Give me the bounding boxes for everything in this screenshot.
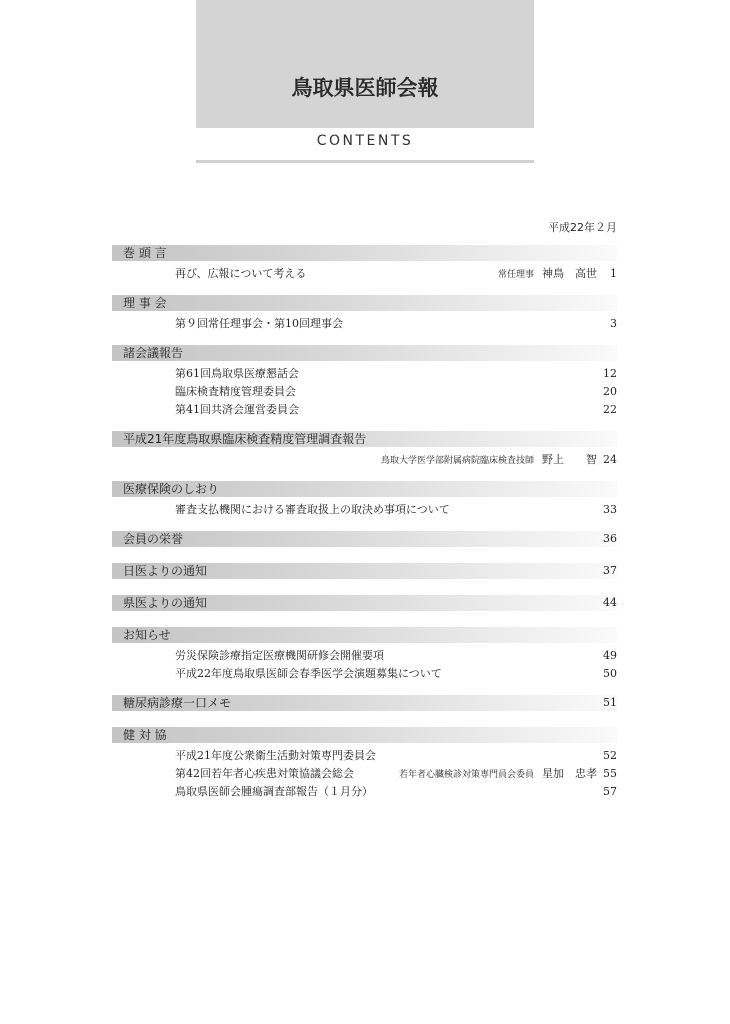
toc-section: 理 事 会第９回常任理事会・第10回理事会3	[112, 295, 617, 345]
section-spacer	[112, 519, 617, 531]
entry-page-number: 33	[603, 501, 617, 519]
toc-section: 会員の栄誉36	[112, 531, 617, 563]
entry-page-number: 49	[603, 647, 617, 665]
section-spacer	[112, 283, 617, 295]
toc-section: お知らせ労災保険診療指定医療機関研修会開催要項49平成22年度鳥取県医師会春季医…	[112, 627, 617, 695]
section-header-bar[interactable]: 健 対 協	[112, 727, 617, 743]
section-header-bar[interactable]: 平成21年度鳥取県臨床検査精度管理調査報告	[112, 431, 617, 447]
entry-page-number: 50	[603, 665, 617, 683]
entry-title: 鳥取県医師会腫瘍調査部報告（１月分）	[175, 785, 373, 798]
section-spacer	[112, 547, 617, 563]
section-header-bar[interactable]: 県医よりの通知44	[112, 595, 617, 611]
toc-entry[interactable]: 鳥取県医師会腫瘍調査部報告（１月分）57	[112, 783, 617, 801]
section-title: お知らせ	[123, 628, 171, 642]
toc-section: 健 対 協平成21年度公衆衛生活動対策専門委員会52第42回若年者心疾患対策協議…	[112, 727, 617, 813]
entry-page-number: 20	[603, 383, 617, 401]
section-page-number: 51	[603, 695, 617, 711]
section-title: 健 対 協	[123, 728, 167, 742]
section-header-bar[interactable]: 理 事 会	[112, 295, 617, 311]
entry-author: 鳥取大学医学部附属病院臨床検査技師野上 智	[381, 451, 597, 470]
section-spacer	[112, 469, 617, 481]
entry-page-number: 3	[610, 315, 617, 333]
entry-page-number: 57	[603, 783, 617, 801]
section-header-bar[interactable]: 諸会議報告	[112, 345, 617, 361]
entry-title: 第41回共済会運営委員会	[175, 403, 299, 416]
entry-title: 第９回常任理事会・第10回理事会	[175, 317, 343, 330]
toc-entry[interactable]: 第61回鳥取県医療懇話会12	[112, 365, 617, 383]
entry-page-number: 52	[603, 747, 617, 765]
section-spacer	[112, 611, 617, 627]
section-spacer	[112, 711, 617, 727]
section-title: 日医よりの通知	[123, 564, 207, 578]
journal-title: 鳥取県医師会報	[196, 72, 534, 102]
toc-section: 諸会議報告第61回鳥取県医療懇話会12臨床検査精度管理委員会20第41回共済会運…	[112, 345, 617, 431]
journal-title-banner: 鳥取県医師会報	[196, 0, 534, 128]
contents-underline-divider	[196, 160, 534, 163]
entry-page-number: 55	[603, 765, 617, 783]
section-title: 医療保険のしおり	[123, 482, 219, 496]
toc-entry[interactable]: 鳥取大学医学部附属病院臨床検査技師野上 智24	[112, 451, 617, 469]
entry-title: 平成21年度公衆衛生活動対策専門委員会	[175, 749, 376, 762]
section-spacer	[112, 801, 617, 813]
toc-entry[interactable]: 第41回共済会運営委員会22	[112, 401, 617, 419]
section-header-bar[interactable]: 医療保険のしおり	[112, 481, 617, 497]
entry-author: 常任理事神鳥 高世	[498, 265, 597, 284]
toc-section: 巻 頭 言再び、広報について考える常任理事神鳥 高世1	[112, 245, 617, 295]
contents-heading: CONTENTS	[196, 133, 534, 149]
toc-section: 日医よりの通知37	[112, 563, 617, 595]
entry-title: 平成22年度鳥取県医師会春季医学会演題募集について	[175, 667, 442, 680]
section-spacer	[112, 419, 617, 431]
section-spacer	[112, 683, 617, 695]
toc-entry[interactable]: 審査支払機関における審査取扱上の取決め事項について33	[112, 501, 617, 519]
toc-section: 糖尿病診療一口メモ51	[112, 695, 617, 727]
section-spacer	[112, 333, 617, 345]
section-title: 県医よりの通知	[123, 596, 207, 610]
entry-page-number: 24	[603, 451, 617, 469]
entry-title: 第61回鳥取県医療懇話会	[175, 367, 299, 380]
toc-section: 平成21年度鳥取県臨床検査精度管理調査報告鳥取大学医学部附属病院臨床検査技師野上…	[112, 431, 617, 481]
author-role: 若年者心臓検診対策専門員会委員	[399, 770, 534, 780]
section-header-bar[interactable]: 日医よりの通知37	[112, 563, 617, 579]
toc-entry[interactable]: 平成22年度鳥取県医師会春季医学会演題募集について50	[112, 665, 617, 683]
section-title: 諸会議報告	[123, 346, 183, 360]
entry-title: 再び、広報について考える	[175, 267, 306, 280]
section-title: 会員の栄誉	[123, 532, 183, 546]
section-header-bar[interactable]: 糖尿病診療一口メモ51	[112, 695, 617, 711]
toc-entry[interactable]: 第42回若年者心疾患対策協議会総会若年者心臓検診対策専門員会委員星加 忠孝55	[112, 765, 617, 783]
entry-title: 第42回若年者心疾患対策協議会総会	[175, 767, 354, 780]
section-spacer	[112, 579, 617, 595]
toc-section: 医療保険のしおり審査支払機関における審査取扱上の取決め事項について33	[112, 481, 617, 531]
section-title: 理 事 会	[123, 296, 167, 310]
section-header-bar[interactable]: 会員の栄誉36	[112, 531, 617, 547]
toc-entry[interactable]: 再び、広報について考える常任理事神鳥 高世1	[112, 265, 617, 283]
toc-entry[interactable]: 労災保険診療指定医療機関研修会開催要項49	[112, 647, 617, 665]
author-role: 常任理事	[498, 270, 534, 280]
issue-date: 平成22年２月	[548, 219, 617, 235]
entry-page-number: 22	[603, 401, 617, 419]
section-page-number: 44	[603, 595, 617, 611]
table-of-contents: 巻 頭 言再び、広報について考える常任理事神鳥 高世1理 事 会第９回常任理事会…	[112, 245, 617, 813]
toc-entry[interactable]: 臨床検査精度管理委員会20	[112, 383, 617, 401]
section-page-number: 36	[603, 531, 617, 547]
author-name: 神鳥 高世	[542, 267, 597, 280]
section-page-number: 37	[603, 563, 617, 579]
author-name: 星加 忠孝	[542, 767, 597, 780]
section-title: 平成21年度鳥取県臨床検査精度管理調査報告	[123, 432, 366, 446]
author-name: 野上 智	[542, 453, 597, 466]
entry-page-number: 12	[603, 365, 617, 383]
entry-title: 臨床検査精度管理委員会	[175, 385, 296, 398]
entry-author: 若年者心臓検診対策専門員会委員星加 忠孝	[399, 765, 597, 784]
toc-entry[interactable]: 平成21年度公衆衛生活動対策専門委員会52	[112, 747, 617, 765]
entry-page-number: 1	[610, 265, 617, 283]
entry-title: 労災保険診療指定医療機関研修会開催要項	[175, 649, 384, 662]
toc-entry[interactable]: 第９回常任理事会・第10回理事会3	[112, 315, 617, 333]
section-title: 巻 頭 言	[123, 246, 167, 260]
entry-title: 審査支払機関における審査取扱上の取決め事項について	[175, 503, 450, 516]
section-header-bar[interactable]: お知らせ	[112, 627, 617, 643]
toc-section: 県医よりの通知44	[112, 595, 617, 627]
author-role: 鳥取大学医学部附属病院臨床検査技師	[381, 456, 534, 466]
section-title: 糖尿病診療一口メモ	[123, 696, 231, 710]
section-header-bar[interactable]: 巻 頭 言	[112, 245, 617, 261]
